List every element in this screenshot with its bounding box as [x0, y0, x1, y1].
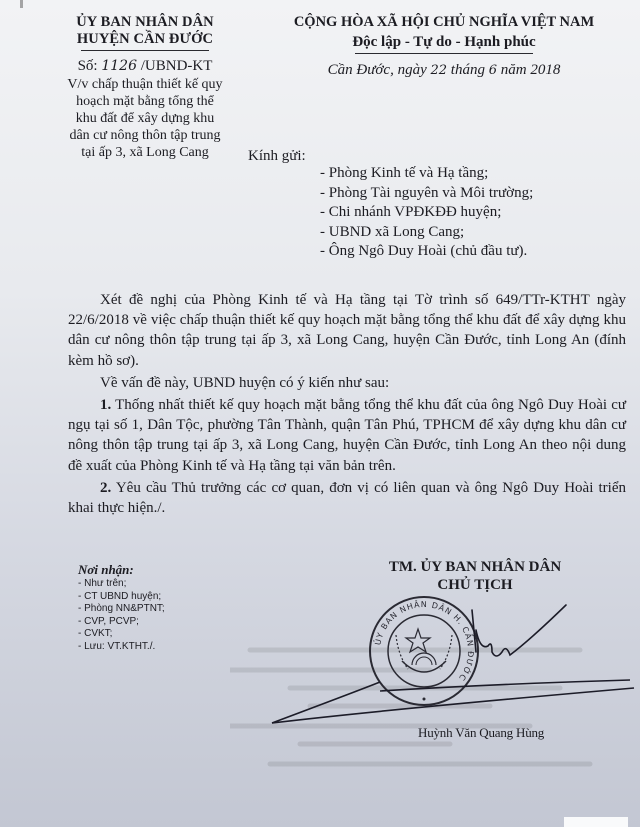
body-item-1: 1. Thống nhất thiết kế quy hoạch mặt bằn…	[68, 395, 626, 476]
item-1-number: 1.	[100, 397, 111, 413]
doc-no-suffix: /UBND-KT	[141, 58, 213, 74]
doc-no-prefix: Số:	[78, 58, 98, 74]
recipient-item: - Chi nhánh VPĐKĐĐ huyện;	[320, 203, 533, 223]
distribution-item: - CVP, PCVP;	[78, 616, 165, 629]
national-motto: Độc lập - Tự do - Hạnh phúc	[248, 33, 640, 51]
body-item-2: 2. Yêu cầu Thủ trưởng các cơ quan, đơn v…	[68, 478, 626, 518]
corner-watermark	[564, 817, 628, 827]
recipients-list: - Phòng Kinh tế và Hạ tầng; - Phòng Tài …	[320, 164, 533, 262]
place-date: Cần Đước, ngày 22 tháng 6 năm 2018	[248, 62, 640, 79]
issuing-authority-header: ỦY BAN NHÂN DÂN HUYỆN CẦN ĐƯỚC Số: 1126 …	[60, 14, 230, 161]
item-1-text: Thống nhất thiết kế quy hoạch mặt bằng t…	[68, 397, 626, 474]
org-line-1: ỦY BAN NHÂN DÂN	[60, 14, 230, 31]
recipient-item: - Phòng Kinh tế và Hạ tầng;	[320, 164, 533, 184]
year-label: năm 2018	[501, 62, 561, 78]
subject-line: tại ấp 3, xã Long Cang	[60, 144, 230, 161]
document-body: Xét đề nghị của Phòng Kinh tế và Hạ tầng…	[68, 290, 626, 520]
signer-position: CHỦ TỊCH	[360, 576, 590, 594]
document-subject: V/v chấp thuận thiết kế quy hoạch mặt bằ…	[60, 76, 230, 161]
recipient-item: - Phòng Tài nguyên và Môi trường;	[320, 184, 533, 204]
body-paragraph-2: Về vấn đề này, UBND huyện có ý kiến như …	[68, 373, 626, 393]
org-line-2: HUYỆN CẦN ĐƯỚC	[60, 31, 230, 48]
subject-line: hoạch mặt bằng tổng thể	[60, 93, 230, 110]
on-behalf-title: TM. ỦY BAN NHÂN DÂN	[360, 558, 590, 576]
document-page: ỦY BAN NHÂN DÂN HUYỆN CẦN ĐƯỚC Số: 1126 …	[0, 0, 640, 827]
document-number: Số: 1126 /UBND-KT	[60, 57, 230, 75]
month-handwritten: 6	[489, 63, 497, 78]
motto-underline	[355, 53, 533, 54]
subject-line: khu đất để xây dựng khu	[60, 110, 230, 127]
recipients-label: Kính gửi:	[248, 148, 306, 165]
subject-line: V/v chấp thuận thiết kế quy	[60, 76, 230, 93]
signature-block: TM. ỦY BAN NHÂN DÂN CHỦ TỊCH	[360, 558, 590, 594]
recipient-item: - Ông Ngô Duy Hoài (chủ đầu tư).	[320, 242, 533, 262]
distribution-item: - CT UBND huyện;	[78, 591, 165, 604]
month-label: tháng	[451, 62, 485, 78]
recipient-item: - UBND xã Long Cang;	[320, 223, 533, 243]
signer-name: Huỳnh Văn Quang Hùng	[418, 725, 544, 741]
distribution-item: - Như trên;	[78, 578, 165, 591]
body-paragraph-1: Xét đề nghị của Phòng Kinh tế và Hạ tầng…	[68, 290, 626, 371]
distribution-item: - Phòng NN&PTNT;	[78, 603, 165, 616]
nation-title: CỘNG HÒA XÃ HỘI CHỦ NGHĨA VIỆT NAM	[248, 14, 640, 31]
org-underline	[81, 50, 209, 51]
signature-stroke	[0, 640, 640, 760]
doc-no-handwritten: 1126	[101, 58, 137, 74]
item-2-number: 2.	[100, 480, 111, 496]
distribution-item: - CVKT;	[78, 628, 165, 641]
distribution-title: Nơi nhận:	[78, 562, 165, 578]
national-header: CỘNG HÒA XÃ HỘI CHỦ NGHĨA VIỆT NAM Độc l…	[248, 14, 640, 79]
item-2-text: Yêu cầu Thủ trưởng các cơ quan, đơn vị c…	[68, 480, 626, 516]
subject-line: dân cư nông thôn tập trung	[60, 127, 230, 144]
day-handwritten: 22	[431, 63, 448, 78]
scan-mark	[20, 0, 23, 8]
place: Cần Đước, ngày	[328, 62, 427, 78]
